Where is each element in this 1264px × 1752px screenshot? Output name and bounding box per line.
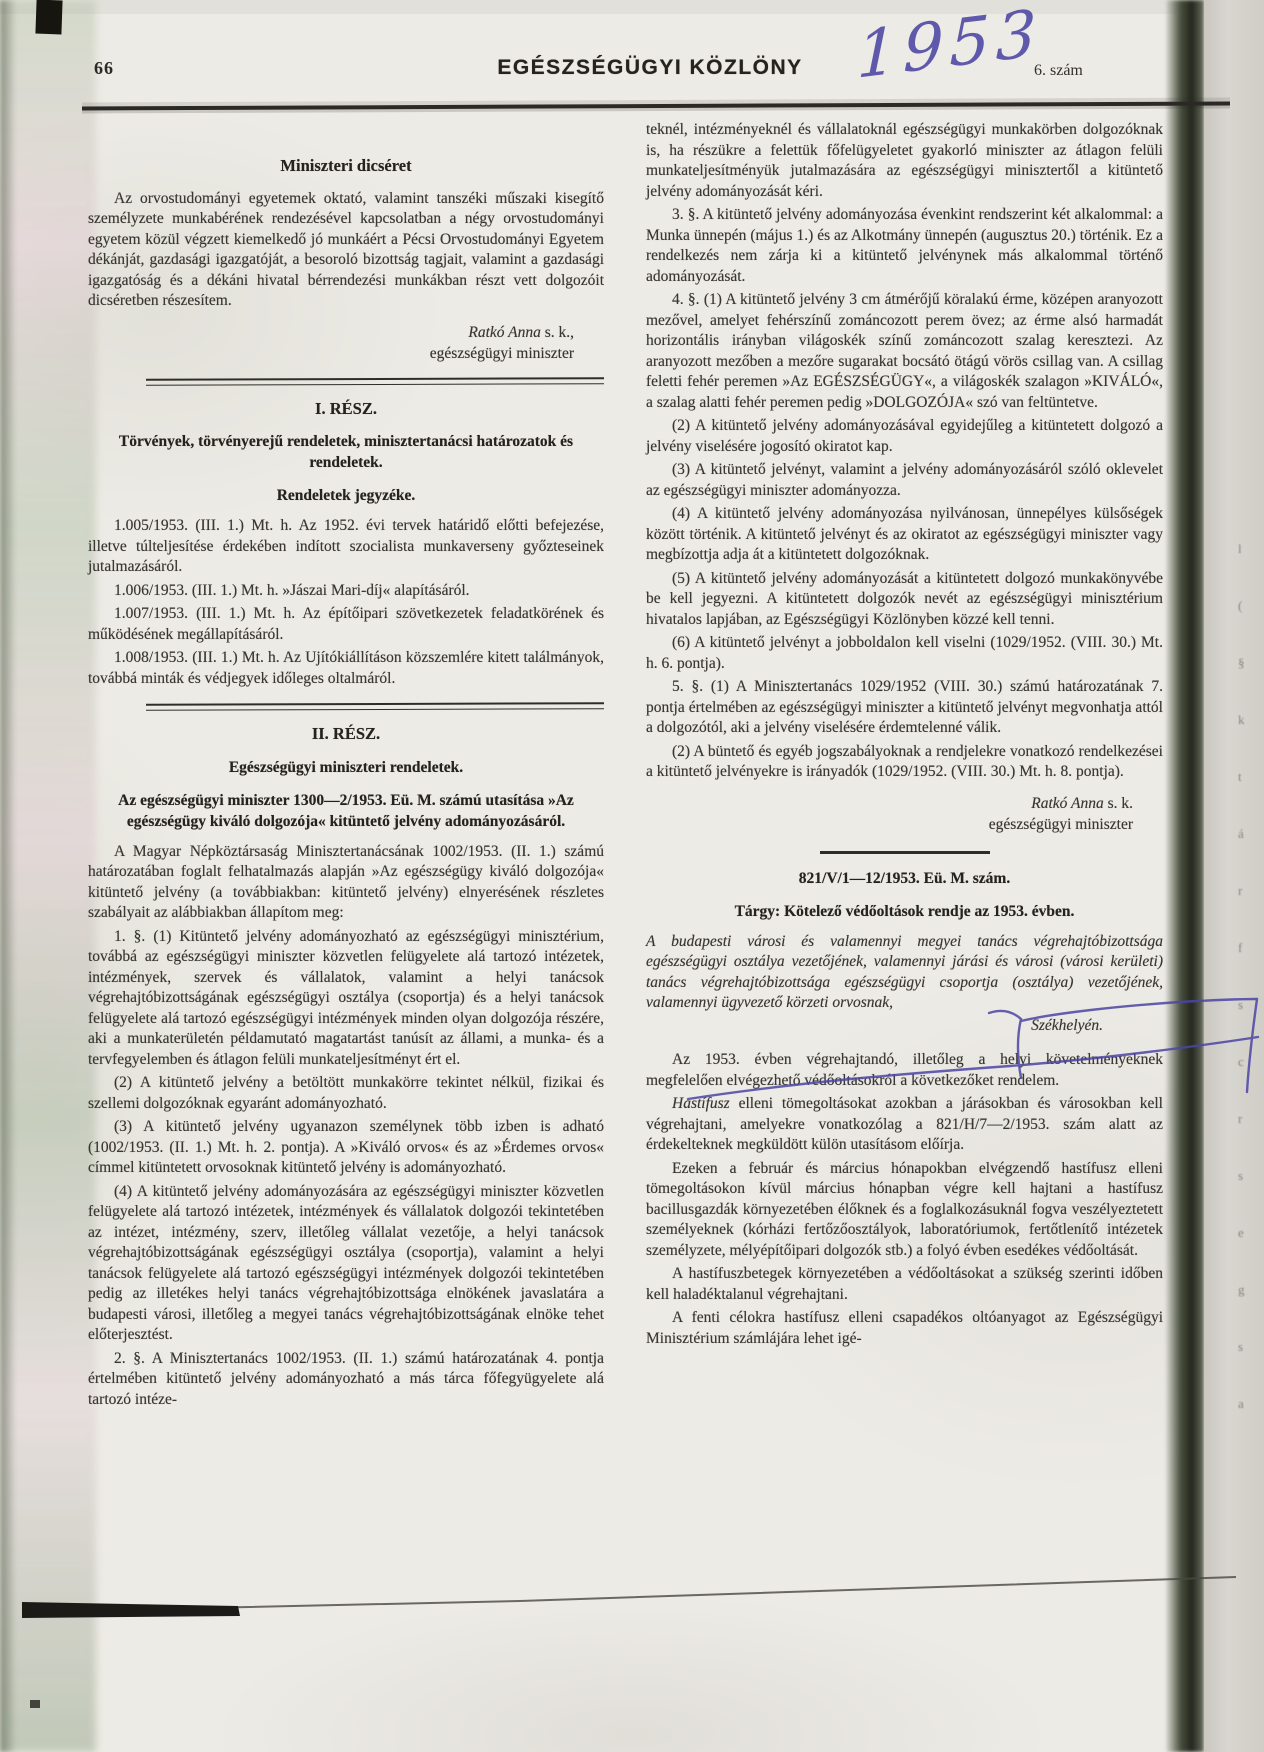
circular-subject: Tárgy: Kötelező védőoltások rendje az 19… [646, 901, 1163, 922]
circular-addressees-seat: Székhelyén. [646, 1016, 1163, 1037]
paragraph: Ezeken a február és március hónapokban e… [646, 1159, 1163, 1262]
signature-suffix: s. k., [545, 324, 574, 341]
signature-role: egészségügyi miniszter [646, 814, 1133, 835]
decree-list-heading: Rendeletek jegyzéke. [88, 485, 604, 506]
part1-title: I. RÉSZ. [88, 399, 604, 420]
paragraph: (4) A kitüntető jelvény adományozása nyi… [646, 504, 1163, 566]
paragraph: (2) A büntető és egyéb jogszabályoknak a… [646, 742, 1163, 783]
right-column: teknél, intézményeknél és vállalatoknál … [646, 120, 1163, 1352]
page-number: 66 [94, 58, 114, 79]
next-page-text-bleed: l ( § k t á r f s c r s e g s a [1238, 520, 1260, 1432]
short-divider [820, 851, 990, 854]
paragraph: (6) A kitüntető jelvényt a jobboldalon k… [646, 633, 1163, 674]
paragraph: Az 1953. évben végrehajtandó, illetőleg … [646, 1050, 1163, 1091]
paragraph: (3) A kitüntető jelvény ugyanazon személ… [88, 1117, 604, 1179]
paragraph-continuation: teknél, intézményeknél és vállalatoknál … [646, 120, 1163, 202]
decree-list-item: 1.005/1953. (III. 1.) Mt. h. Az 1952. év… [88, 516, 604, 578]
paragraph: A hastífuszbetegek környezetében a védőo… [646, 1264, 1163, 1305]
decree-list-item: 1.007/1953. (III. 1.) Mt. h. Az építőipa… [88, 604, 604, 645]
part2-title: II. RÉSZ. [88, 724, 604, 745]
paragraph: 4. §. (1) A kitüntető jelvény 3 cm átmér… [646, 290, 1163, 413]
scan-artifact-left-edge [0, 0, 16, 1752]
paragraph: 2. §. A Minisztertanács 1002/1953. (II. … [88, 1349, 604, 1411]
decree-list-item: 1.008/1953. (III. 1.) Mt. h. Az Ujítókiá… [88, 648, 604, 689]
signature-name: Ratkó Anna [1031, 795, 1103, 812]
gazette-title: EGÉSZSÉGÜGYI KÖZLÖNY [420, 56, 880, 80]
paragraph: 3. §. A kitüntető jelvény adományozása é… [646, 205, 1163, 287]
paragraph: (5) A kitüntető jelvény adományozását a … [646, 569, 1163, 631]
paragraph-lead-italic: Hastífusz [672, 1095, 730, 1112]
paragraph: (4) A kitüntető jelvény adományozására a… [88, 1182, 604, 1346]
paragraph: (2) A kitüntető jelvény adományozásával … [646, 416, 1163, 457]
scanned-page: l ( § k t á r f s c r s e g s a 66 EGÉSZ… [0, 0, 1264, 1752]
paragraph: 5. §. (1) A Minisztertanács 1029/1952 (V… [646, 677, 1163, 739]
decree-list-item: 1.006/1953. (III. 1.) Mt. h. »Jászai Mar… [88, 581, 604, 602]
circular-ref-number: 821/V/1—12/1953. Eü. M. szám. [646, 868, 1163, 889]
paragraph: (3) A kitüntető jelvényt, valamint a jel… [646, 460, 1163, 501]
part1-subtitle: Törvények, törvényerejű rendeletek, mini… [88, 431, 604, 473]
section-divider [146, 702, 604, 711]
signature-suffix: s. k. [1108, 795, 1133, 812]
signature-block: Ratkó Anna s. k., egészségügyi miniszter [88, 322, 574, 364]
masthead: 66 EGÉSZSÉGÜGYI KÖZLÖNY 1953 6. szám [0, 0, 1264, 110]
paragraph: (2) A kitüntető jelvény a betöltött munk… [88, 1073, 604, 1114]
part2-subtitle: Egészségügyi miniszteri rendeletek. [88, 757, 604, 778]
section-divider [146, 377, 604, 386]
paragraph: A Magyar Népköztársaság Minisztertanácsá… [88, 842, 604, 924]
paragraph: 1. §. (1) Kitüntető jelvény adományozhat… [88, 927, 604, 1071]
book-gutter-shadow [1166, 0, 1204, 1752]
signature-name: Ratkó Anna [468, 324, 540, 341]
paragraph: A fenti célokra hastífusz elleni csapadé… [646, 1308, 1163, 1349]
commendation-heading: Miniszteri dicséret [88, 156, 604, 177]
signature-role: egészségügyi miniszter [88, 343, 574, 364]
decree-title: Az egészségügyi miniszter 1300—2/1953. E… [88, 790, 604, 832]
circular-addressees: A budapesti városi és valamennyi megyei … [646, 932, 1163, 1014]
handwritten-year-annotation: 1953 [856, 0, 1043, 94]
left-column: Miniszteri dicséret Az orvostudományi eg… [88, 142, 604, 1413]
issue-number: 6. szám [1034, 62, 1083, 80]
paragraph: Hastífusz elleni tömegoltásokat azokban … [646, 1094, 1163, 1156]
signature-block: Ratkó Anna s. k. egészségügyi miniszter [646, 793, 1133, 835]
commendation-paragraph: Az orvostudományi egyetemek oktató, vala… [88, 189, 604, 312]
